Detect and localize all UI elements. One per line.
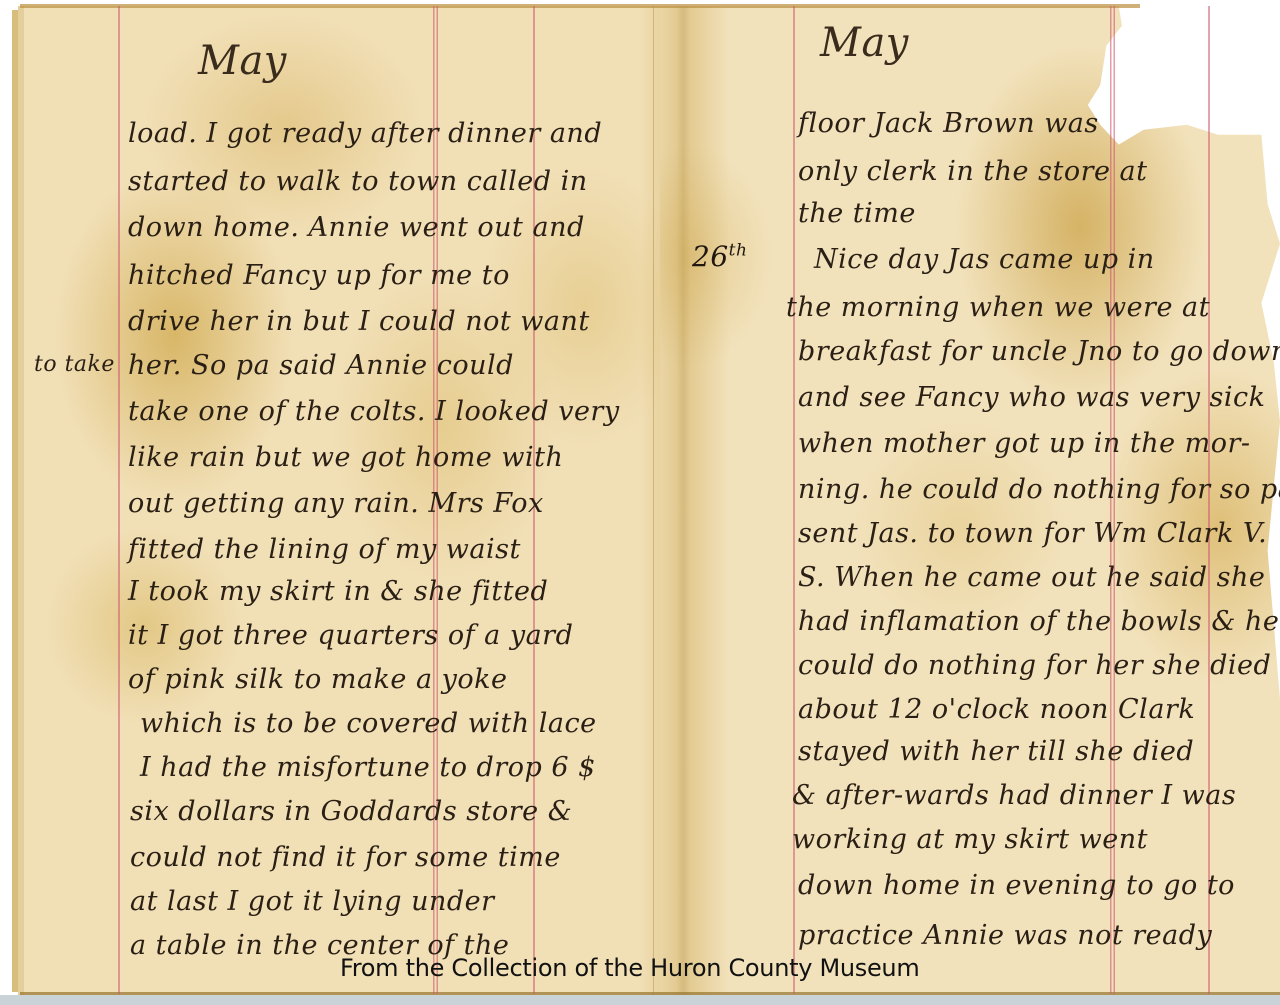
right-line: ning. he could do nothing for so pa xyxy=(798,474,1280,505)
right-line: practice Annie was not ready xyxy=(798,920,1212,951)
right-line: breakfast for uncle Jno to go down xyxy=(798,336,1280,367)
right-line: could do nothing for her she died xyxy=(798,650,1271,681)
right-line: & after-wards had dinner I was xyxy=(792,780,1236,811)
left-line: out getting any rain. Mrs Fox xyxy=(128,488,544,519)
entry-date: 26th xyxy=(692,240,747,273)
spine-crease xyxy=(653,6,654,996)
right-line: sent Jas. to town for Wm Clark V. xyxy=(798,518,1267,549)
left-line: take one of the colts. I looked very xyxy=(128,396,620,427)
left-line: her. So pa said Annie could xyxy=(128,350,514,381)
left-line: of pink silk to make a yoke xyxy=(128,664,508,695)
right-line: only clerk in the store at xyxy=(798,156,1148,187)
right-line: had inflamation of the bowls & he xyxy=(798,606,1279,637)
right-line: down home in evening to go to xyxy=(798,870,1235,901)
scan-background-strip xyxy=(0,995,1280,1005)
left-line: which is to be covered with lace xyxy=(140,708,597,739)
right-line: about 12 o'clock noon Clark xyxy=(798,694,1195,725)
right-line: working at my skirt went xyxy=(792,824,1148,855)
right-line: S. When he came out he said she xyxy=(798,562,1265,593)
left-line: fitted the lining of my waist xyxy=(128,534,521,565)
right-line: Nice day Jas came up in xyxy=(814,244,1155,275)
right-line: stayed with her till she died xyxy=(798,736,1194,767)
left-margin-rule xyxy=(118,6,120,994)
right-line: the time xyxy=(798,198,916,229)
left-line: I took my skirt in & she fitted xyxy=(128,576,548,607)
right-line: and see Fancy who was very sick xyxy=(798,382,1266,413)
right-line: floor Jack Brown was xyxy=(798,108,1099,139)
left-line: drive her in but I could not want xyxy=(128,306,590,337)
left-line: like rain but we got home with xyxy=(128,442,563,473)
entry-date-day: 26 xyxy=(692,240,729,273)
left-line: it I got three quarters of a yard xyxy=(128,620,573,651)
left-line: I had the misfortune to drop 6 $ xyxy=(140,752,596,783)
diary-scan: May to take load. I got ready after dinn… xyxy=(0,0,1280,1005)
left-margin-note: to take xyxy=(34,352,115,377)
left-line: six dollars in Goddards store & xyxy=(130,796,572,827)
left-line: load. I got ready after dinner and xyxy=(128,118,602,149)
left-line: started to walk to town called in xyxy=(128,166,588,197)
entry-date-suffix: th xyxy=(729,241,748,261)
left-line: hitched Fancy up for me to xyxy=(128,260,510,291)
left-line: at last I got it lying under xyxy=(130,886,495,917)
left-line: could not find it for some time xyxy=(130,842,561,873)
page-top-edge xyxy=(20,4,1140,8)
right-line: when mother got up in the mor- xyxy=(798,428,1251,459)
right-month-heading: May xyxy=(820,20,909,66)
left-line: down home. Annie went out and xyxy=(128,212,585,243)
left-month-heading: May xyxy=(198,38,287,84)
museum-credit-caption: From the Collection of the Huron County … xyxy=(340,954,919,982)
right-line: the morning when we were at xyxy=(786,292,1210,323)
